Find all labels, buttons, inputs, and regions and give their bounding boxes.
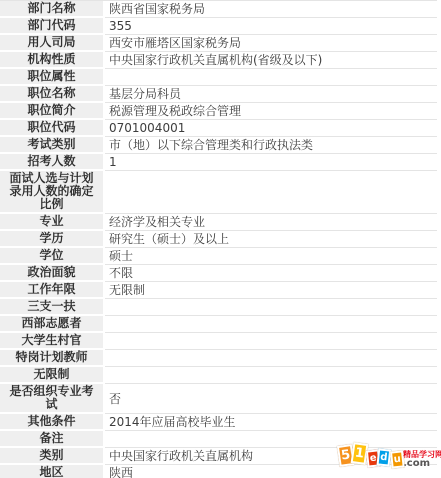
row-label: 部门名称 <box>0 1 105 18</box>
table-row: 学位硕士 <box>0 248 437 265</box>
row-label: 招考人数 <box>0 154 105 171</box>
row-value: 西安市雁塔区国家税务局 <box>105 35 437 52</box>
row-value: 无限制 <box>105 282 437 299</box>
row-value: 中央国家行政机关直属机构(省级及以下) <box>105 52 437 69</box>
row-label: 学历 <box>0 231 105 248</box>
row-value: 否 <box>105 384 437 414</box>
table-row: 用人司局西安市雁塔区国家税务局 <box>0 35 437 52</box>
row-value: 研究生（硕士）及以上 <box>105 231 437 248</box>
row-label: 类别 <box>0 448 105 465</box>
table-row: 职位简介税源管理及税政综合管理 <box>0 103 437 120</box>
table-row: 机构性质中央国家行政机关直属机构(省级及以下) <box>0 52 437 69</box>
row-value <box>105 431 437 448</box>
row-value: 基层分局科员 <box>105 86 437 103</box>
row-value: 陕西 <box>105 465 437 478</box>
row-label: 三支一扶 <box>0 299 105 316</box>
row-value: 陕西省国家税务局 <box>105 1 437 18</box>
table-row: 职位名称基层分局科员 <box>0 86 437 103</box>
row-value: 0701004001 <box>105 120 437 137</box>
row-label: 面试人选与计划录用人数的确定比例 <box>0 171 105 214</box>
row-label: 职位代码 <box>0 120 105 137</box>
table-row: 备注 <box>0 431 437 448</box>
table-row: 其他条件2014年应届高校毕业生 <box>0 414 437 431</box>
table-row: 专业经济学及相关专业 <box>0 214 437 231</box>
row-value <box>105 299 437 316</box>
row-label: 专业 <box>0 214 105 231</box>
row-value: 1 <box>105 154 437 171</box>
row-value <box>105 350 437 367</box>
row-value: 税源管理及税政综合管理 <box>105 103 437 120</box>
row-label: 职位简介 <box>0 103 105 120</box>
row-value <box>105 69 437 86</box>
row-value <box>105 333 437 350</box>
table-row: 工作年限无限制 <box>0 282 437 299</box>
table-row: 部门名称陕西省国家税务局 <box>0 1 437 18</box>
row-label: 备注 <box>0 431 105 448</box>
table-row: 职位代码0701004001 <box>0 120 437 137</box>
row-value: 2014年应届高校毕业生 <box>105 414 437 431</box>
job-position-page: 部门名称陕西省国家税务局部门代码355用人司局西安市雁塔区国家税务局机构性质中央… <box>0 0 441 478</box>
row-value: 硕士 <box>105 248 437 265</box>
row-label: 学位 <box>0 248 105 265</box>
table-row: 特岗计划教师 <box>0 350 437 367</box>
row-label: 西部志愿者 <box>0 316 105 333</box>
table-row: 大学生村官 <box>0 333 437 350</box>
table-row: 面试人选与计划录用人数的确定比例 <box>0 171 437 214</box>
row-value: 市（地）以下综合管理类和行政执法类 <box>105 137 437 154</box>
table-row: 西部志愿者 <box>0 316 437 333</box>
row-label: 无限制 <box>0 367 105 384</box>
job-position-table-body: 部门名称陕西省国家税务局部门代码355用人司局西安市雁塔区国家税务局机构性质中央… <box>0 1 437 478</box>
table-row: 学历研究生（硕士）及以上 <box>0 231 437 248</box>
table-row: 部门代码355 <box>0 18 437 35</box>
row-label: 工作年限 <box>0 282 105 299</box>
row-label: 地区 <box>0 465 105 478</box>
row-label: 用人司局 <box>0 35 105 52</box>
row-value: 经济学及相关专业 <box>105 214 437 231</box>
row-label: 职位名称 <box>0 86 105 103</box>
table-row: 考试类别市（地）以下综合管理类和行政执法类 <box>0 137 437 154</box>
table-row: 地区陕西 <box>0 465 437 478</box>
row-label: 是否组织专业考试 <box>0 384 105 414</box>
row-value: 不限 <box>105 265 437 282</box>
job-position-table: 部门名称陕西省国家税务局部门代码355用人司局西安市雁塔区国家税务局机构性质中央… <box>0 0 437 478</box>
row-label: 特岗计划教师 <box>0 350 105 367</box>
row-value <box>105 171 437 214</box>
table-row: 类别中央国家行政机关直属机构 <box>0 448 437 465</box>
row-label: 考试类别 <box>0 137 105 154</box>
row-value: 355 <box>105 18 437 35</box>
table-row: 三支一扶 <box>0 299 437 316</box>
row-label: 部门代码 <box>0 18 105 35</box>
table-row: 政治面貌不限 <box>0 265 437 282</box>
row-value: 中央国家行政机关直属机构 <box>105 448 437 465</box>
table-row: 招考人数1 <box>0 154 437 171</box>
row-value <box>105 367 437 384</box>
table-row: 无限制 <box>0 367 437 384</box>
row-label: 其他条件 <box>0 414 105 431</box>
row-label: 机构性质 <box>0 52 105 69</box>
row-label: 政治面貌 <box>0 265 105 282</box>
row-label: 大学生村官 <box>0 333 105 350</box>
table-row: 是否组织专业考试否 <box>0 384 437 414</box>
row-label: 职位属性 <box>0 69 105 86</box>
row-value <box>105 316 437 333</box>
table-row: 职位属性 <box>0 69 437 86</box>
